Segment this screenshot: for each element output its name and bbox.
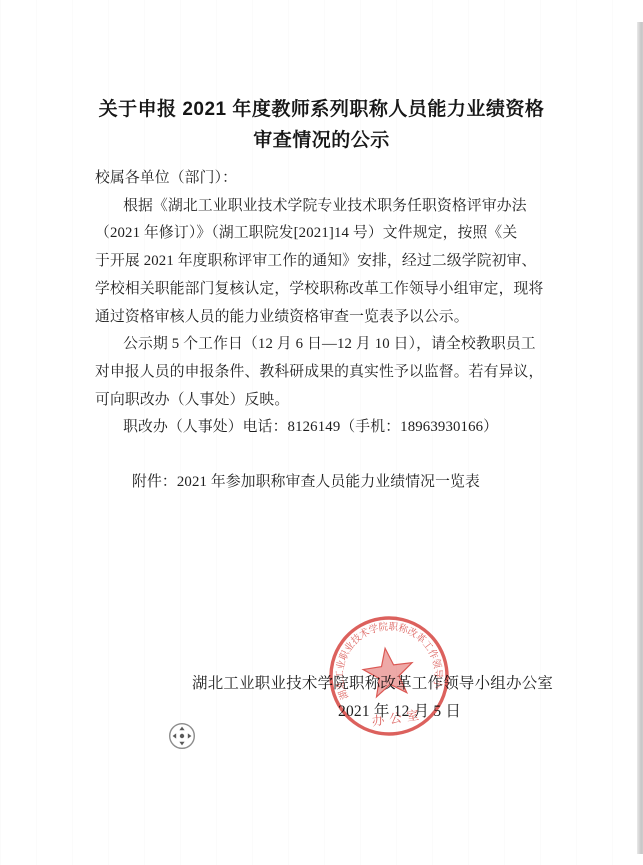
document-page: 关于申报 2021 年度教师系列职称人员能力业绩资格 审查情况的公示 校属各单位… bbox=[0, 0, 643, 865]
seal-star-icon bbox=[361, 645, 416, 698]
attachment-line: 附件：2021 年参加职称审查人员能力业绩情况一览表 bbox=[95, 469, 539, 497]
body-line: 于开展 2021 年度职称评审工作的通知》安排，经过二级学院初审、 bbox=[95, 248, 539, 276]
document-title-line-1: 关于申报 2021 年度教师系列职称人员能力业绩资格 bbox=[0, 94, 643, 125]
document-title-line-2: 审查情况的公示 bbox=[0, 125, 643, 156]
body-line: 职改办（人事处）电话：8126149（手机：18963930166） bbox=[95, 414, 539, 442]
pan-scroll-icon bbox=[167, 721, 197, 751]
body-line: 通过资格审核人员的能力业绩资格审查一览表予以公示。 bbox=[95, 304, 539, 332]
body-line: 校属各单位（部门）： bbox=[95, 165, 539, 193]
official-seal-icon: 湖北工业职业技术学院职称改革工作领导小组 办公室 bbox=[318, 605, 460, 747]
body-line: （2021 年修订）》（湖工职院发[2021]14 号）文件规定，按照《关 bbox=[95, 220, 539, 248]
document-title: 关于申报 2021 年度教师系列职称人员能力业绩资格 审查情况的公示 bbox=[0, 94, 643, 156]
body-line: 可向职改办（人事处）反映。 bbox=[95, 387, 539, 415]
body-line: 根据《湖北工业职业技术学院专业技术职务任职资格评审办法 bbox=[95, 193, 539, 221]
body-line: 对申报人员的申报条件、教科研成果的真实性予以监督。若有异议， bbox=[95, 359, 539, 387]
body-line: 公示期 5 个工作日（12 月 6 日—12 月 10 日），请全校教职员工 bbox=[95, 331, 539, 359]
body-line: 学校相关职能部门复核认定，学校职称改革工作领导小组审定，现将 bbox=[95, 276, 539, 304]
document-body: 校属各单位（部门）： 根据《湖北工业职业技术学院专业技术职务任职资格评审办法 （… bbox=[95, 165, 539, 497]
